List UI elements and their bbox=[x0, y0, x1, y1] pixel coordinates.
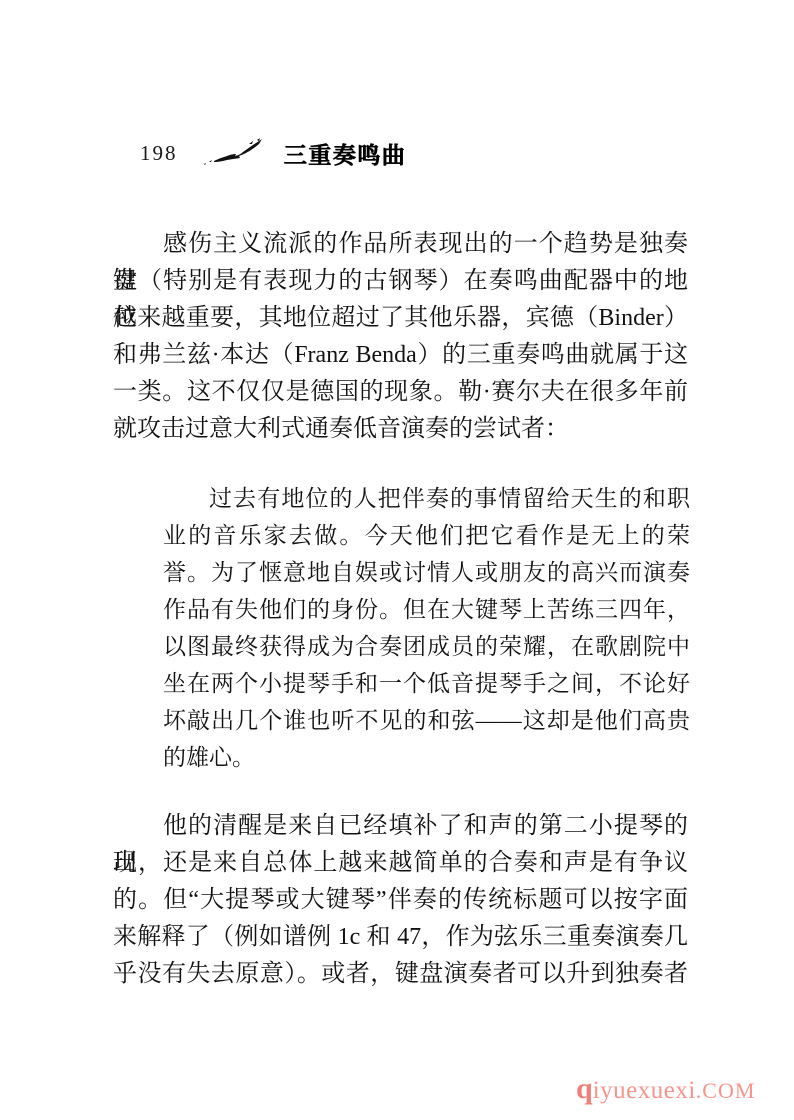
quote-line: 坐在两个小提琴手和一个低音提琴手之间，不论好 bbox=[163, 665, 690, 702]
quote-line: 以图最终获得成为合奏团成员的荣耀，在歌剧院中 bbox=[163, 628, 690, 665]
running-head: 198 三重奏鸣曲 bbox=[140, 140, 406, 166]
text-line: 感伤主义流派的作品所表现出的一个趋势是独奏键 bbox=[113, 226, 688, 263]
paragraph-1: 感伤主义流派的作品所表现出的一个趋势是独奏键 盘（特别是有表现力的古钢琴）在奏鸣… bbox=[113, 226, 688, 448]
page-number: 198 bbox=[140, 141, 178, 166]
text-line: 越来越重要，其地位超过了其他乐器，宾德（Binder） bbox=[113, 300, 688, 337]
text-line: 就攻击过意大利式通奏低音演奏的尝试者： bbox=[113, 411, 688, 448]
text-line: 现，还是来自总体上越来越简单的合奏和声是有争议 bbox=[113, 845, 688, 882]
text-line: 乎没有失去原意）。或者，键盘演奏者可以升到独奏者 bbox=[113, 956, 688, 993]
chapter-title: 三重奏鸣曲 bbox=[284, 137, 407, 170]
ink-flourish-icon bbox=[202, 138, 268, 168]
text-line: 和弗兰兹·本达（Franz Benda）的三重奏鸣曲就属于这 bbox=[113, 337, 688, 374]
quote-line: 誉。为了惬意地自娱或讨情人或朋友的高兴而演奏 bbox=[163, 554, 690, 591]
quote-line: 作品有失他们的身份。但在大键琴上苦练三四年， bbox=[163, 591, 690, 628]
paragraph-2: 他的清醒是来自已经填补了和声的第二小提琴的出 现，还是来自总体上越来越简单的合奏… bbox=[113, 808, 688, 993]
site-watermark: qiyuexuexi.COM bbox=[576, 1072, 755, 1106]
text-line: 一类。这不仅仅是德国的现象。勒·赛尔夫在很多年前 bbox=[113, 374, 688, 411]
quote-line: 业的音乐家去做。今天他们把它看作是无上的荣 bbox=[163, 517, 690, 554]
quote-line: 坏敲出几个谁也听不见的和弦——这却是他们高贵 bbox=[163, 702, 690, 739]
text-line: 来解释了（例如谱例 1c 和 47，作为弦乐三重奏演奏几 bbox=[113, 919, 688, 956]
book-page: 198 三重奏鸣曲 感伤主义流派的作品所表现出的一个趋势是独奏键 盘（特别是有表… bbox=[0, 0, 794, 1120]
text-line: 盘（特别是有表现力的古钢琴）在奏鸣曲配器中的地位 bbox=[113, 263, 688, 300]
watermark-domain: .COM bbox=[696, 1078, 756, 1103]
text-line: 的。但“大提琴或大键琴”伴奏的传统标题可以按字面 bbox=[113, 882, 688, 919]
watermark-prefix: q bbox=[576, 1072, 593, 1105]
text-line: 他的清醒是来自已经填补了和声的第二小提琴的出 bbox=[113, 808, 688, 845]
quote-line: 的雄心。 bbox=[163, 739, 690, 776]
watermark-text: iyuexuexi bbox=[593, 1077, 696, 1104]
block-quote: 过去有地位的人把伴奏的事情留给天生的和职 业的音乐家去做。今天他们把它看作是无上… bbox=[163, 480, 690, 776]
quote-line: 过去有地位的人把伴奏的事情留给天生的和职 bbox=[163, 480, 690, 517]
